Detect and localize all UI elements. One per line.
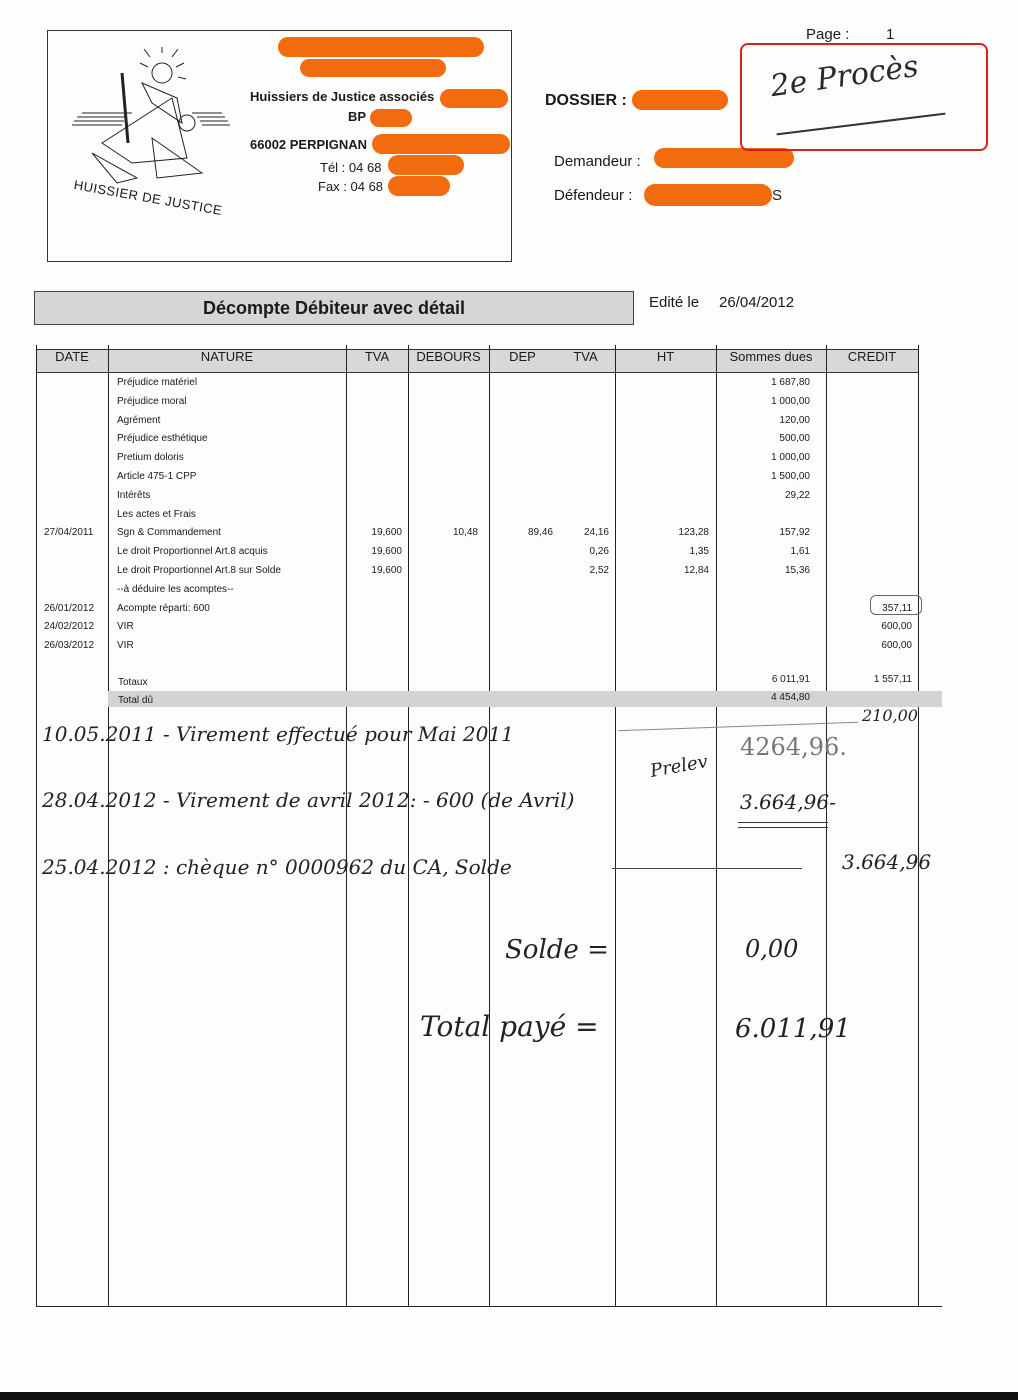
table-cell-dues: 157,92	[779, 527, 810, 538]
handwritten-total-paid-value: 6.011,91	[735, 1014, 851, 1044]
handwritten-line-3: 25.04.2012 : chèque n° 0000962 du CA, So…	[42, 855, 512, 879]
table-cell-dues: 1 000,00	[771, 452, 810, 463]
bailiff-header-box: HUISSIER DE JUSTICE Huissiers de Justice…	[47, 30, 512, 262]
totaux-dues: 6 011,91	[772, 674, 810, 685]
handwritten-line-2-amount: 3.664,96-	[740, 790, 836, 814]
po-box: BP	[348, 109, 366, 124]
column-header: TVA	[346, 349, 408, 364]
table-cell-nature: Préjudice esthétique	[117, 433, 208, 444]
table-cell-nature: Acompte réparti: 600	[117, 603, 210, 614]
total-due-band	[108, 691, 942, 707]
column-divider	[489, 345, 490, 1307]
table-cell-dues: 15,36	[785, 565, 810, 576]
firm-name: Huissiers de Justice associés	[250, 89, 434, 104]
column-divider	[615, 345, 616, 1307]
handwritten-solde-value: 0,00	[745, 935, 798, 963]
column-header: NATURE	[108, 349, 346, 364]
column-divider	[408, 345, 409, 1307]
table-cell-dep: 89,46	[528, 527, 553, 538]
page-label: Page :	[806, 26, 849, 43]
handwritten-arrow-line	[612, 868, 802, 869]
redacted-block	[654, 148, 794, 168]
handwritten-line-1: 10.05.2011 - Virement effectué pour Mai …	[42, 722, 514, 746]
table-cell-nature: Préjudice moral	[117, 396, 186, 407]
redacted-block	[300, 59, 446, 77]
column-header: DATE	[36, 349, 108, 364]
table-cell-debours: 10,48	[453, 527, 478, 538]
table-cell-tva2: 2,52	[590, 565, 609, 576]
page-bottom-edge	[0, 1392, 1018, 1400]
column-header: HT	[615, 349, 716, 364]
handwritten-line-1-amount: 210,00	[862, 706, 918, 725]
redacted-block	[370, 109, 412, 127]
document-title: Décompte Débiteur avec détail	[34, 291, 634, 325]
table-cell-nature: VIR	[117, 621, 134, 632]
redacted-block	[440, 89, 508, 108]
table-cell-nature: Préjudice matériel	[117, 377, 197, 388]
column-header: Sommes dues	[716, 349, 826, 364]
column-divider	[36, 345, 37, 1307]
table-cell-nature: Le droit Proportionnel Art.8 sur Solde	[117, 565, 281, 576]
redacted-block	[644, 184, 772, 206]
column-divider	[716, 345, 717, 1307]
handwritten-line-3-amount: 3.664,96	[842, 850, 931, 874]
table-cell-tva2: 24,16	[584, 527, 609, 538]
edited-label: Edité le	[649, 294, 699, 311]
column-divider	[346, 345, 347, 1307]
dossier-label: DOSSIER :	[545, 92, 627, 110]
column-header: DEBOURS	[408, 349, 489, 364]
demandeur-label: Demandeur :	[554, 153, 641, 170]
column-header: CREDIT	[826, 349, 918, 364]
redacted-block	[388, 176, 450, 196]
table-cell-nature: Sgn & Commandement	[117, 527, 221, 538]
totaux-credit: 1 557,11	[874, 674, 912, 685]
document-title-text: Décompte Débiteur avec détail	[203, 298, 465, 319]
table-cell-dues: 120,00	[779, 415, 810, 426]
handwritten-line-2: 28.04.2012 - Virement de avril 2012: - 6…	[42, 788, 574, 812]
table-cell-nature: Les actes et Frais	[117, 509, 196, 520]
table-cell-date: 26/03/2012	[44, 640, 94, 651]
table-cell-ht: 12,84	[684, 565, 709, 576]
table-cell-nature: Le droit Proportionnel Art.8 acquis	[117, 546, 268, 557]
total-du-dues: 4 454,80	[771, 692, 810, 703]
underline-stroke	[777, 113, 946, 136]
table-cell-credit: 600,00	[881, 640, 912, 651]
table-cell-dues: 1 687,80	[771, 377, 810, 388]
table-cell-nature: Article 475-1 CPP	[117, 471, 196, 482]
table-cell-ht: 123,28	[678, 527, 709, 538]
table-cell-date: 26/01/2012	[44, 603, 94, 614]
handwritten-subtotal: 4264,96.	[740, 733, 847, 761]
table-bottom-border	[36, 1306, 942, 1308]
handwritten-total-paid-label: Total payé =	[420, 1010, 599, 1043]
redacted-block	[632, 90, 728, 110]
table-cell-dues: 1 000,00	[771, 396, 810, 407]
redacted-block	[388, 155, 464, 175]
column-header: DEP	[489, 349, 556, 364]
column-divider	[108, 345, 109, 1307]
table-cell-nature: Pretium doloris	[117, 452, 184, 463]
table-cell-dues: 29,22	[785, 490, 810, 501]
totaux-label: Totaux	[118, 677, 147, 688]
credit-circle-mark	[870, 595, 922, 615]
total-du-label: Total dû	[118, 695, 153, 706]
bailiff-logo-icon	[62, 43, 232, 193]
edited-date: 26/04/2012	[719, 294, 794, 311]
page-number: 1	[886, 26, 894, 43]
table-cell-nature: Agrément	[117, 415, 160, 426]
double-underline	[738, 822, 828, 828]
handwritten-solde-label: Solde =	[505, 935, 609, 965]
table-cell-tva: 19,600	[371, 565, 402, 576]
table-cell-dues: 500,00	[779, 433, 810, 444]
table-cell-tva: 19,600	[371, 527, 402, 538]
defendeur-label: Défendeur :	[554, 187, 632, 204]
table-cell-nature: VIR	[117, 640, 134, 651]
fax-line: Fax : 04 68	[318, 179, 383, 194]
table-cell-ht: 1,35	[690, 546, 709, 557]
column-divider	[918, 345, 919, 1307]
city-line: 66002 PERPIGNAN	[250, 137, 367, 152]
column-header: TVA	[556, 349, 615, 364]
table-cell-date: 24/02/2012	[44, 621, 94, 632]
table-cell-nature: Intérêts	[117, 490, 150, 501]
table-cell-credit: 600,00	[881, 621, 912, 632]
table-cell-tva: 19,600	[371, 546, 402, 557]
annotation-box: 2e Procès	[740, 43, 988, 151]
table-cell-dues: 1 500,00	[771, 471, 810, 482]
table-cell-dues: 1,61	[791, 546, 810, 557]
redacted-block	[372, 134, 510, 154]
redacted-block	[278, 37, 484, 57]
table-cell-nature: --à déduire les acomptes--	[117, 584, 234, 595]
table-cell-date: 27/04/2011	[44, 527, 93, 538]
defendeur-suffix: S	[772, 187, 782, 204]
table-cell-tva2: 0,26	[590, 546, 609, 557]
phone-line: Tél : 04 68	[320, 160, 381, 175]
handwritten-trial-note: 2e Procès	[768, 49, 920, 104]
